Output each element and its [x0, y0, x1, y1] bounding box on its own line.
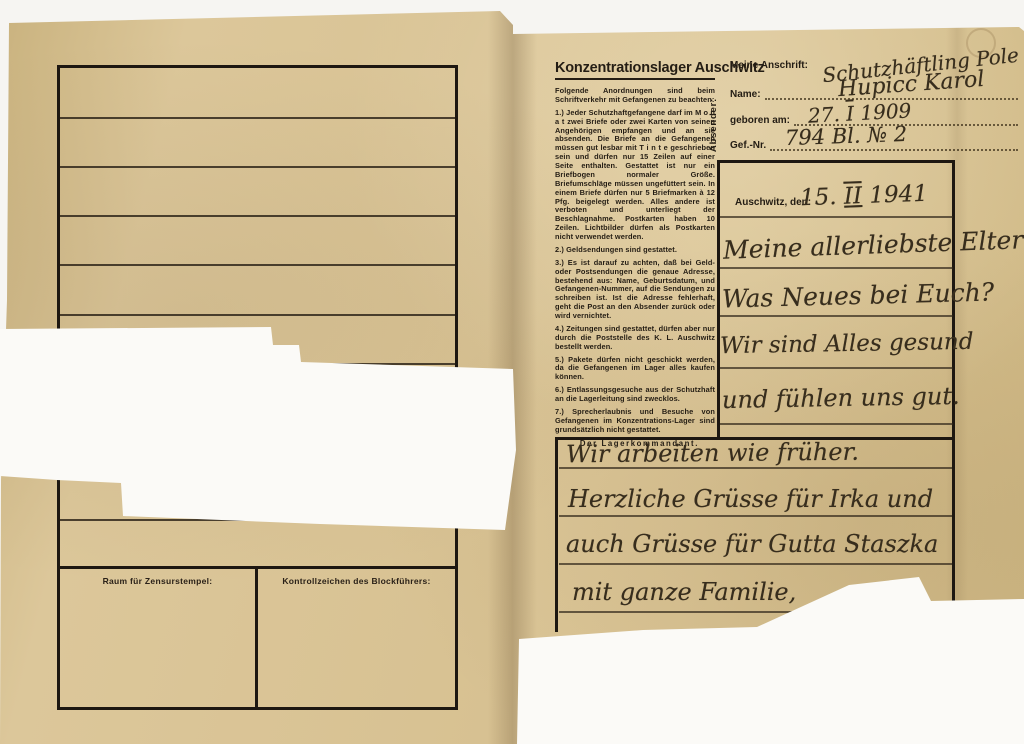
date-day: 15. — [800, 184, 837, 211]
name-label: Name: — [730, 89, 761, 100]
regulation-item-4: 4.) Zeitungen sind gestattet, dürfen abe… — [555, 325, 715, 352]
regulation-item-3: 3.) Es ist darauf zu achten, daß bei Gel… — [555, 259, 715, 321]
born-month: I — [846, 101, 855, 125]
ruled-line — [60, 117, 455, 119]
letter-line: Wir arbeiten wie früher. — [566, 438, 859, 469]
letter-ruled-line — [720, 367, 953, 369]
camp-regulations: Konzentrationslager Auschwitz Folgende A… — [555, 60, 715, 452]
regulation-item-6: 6.) Entlassungsgesuche aus der Schutzhaf… — [555, 386, 715, 404]
ruled-line — [60, 166, 455, 168]
letter-ruled-line — [720, 315, 953, 317]
letter-ruled-line — [559, 515, 952, 517]
letter-line: auch Grüsse für Gutta Staszka — [566, 530, 938, 558]
letter-ruled-line — [559, 563, 952, 565]
letter-line: und fühlen uns gut. — [722, 382, 960, 414]
letter-ruled-line — [720, 267, 953, 269]
date-handwriting: 15. II 1941 — [800, 181, 929, 211]
blockfuehrer-box-label: Kontrollzeichen des Blockführers: — [258, 576, 455, 586]
regulations-intro: Folgende Anordnungen sind beim Schriftve… — [555, 87, 715, 105]
absender-vertical-label: Absender: — [708, 82, 722, 168]
born-label: geboren am: — [730, 115, 790, 126]
date-month: II — [843, 183, 862, 210]
regulations-title: Konzentrationslager Auschwitz — [555, 60, 715, 80]
regulation-item-2: 2.) Geldsendungen sind gestattet. — [555, 246, 715, 255]
page-fold-shadow — [513, 27, 537, 744]
gef-nr-label: Gef.-Nr. — [730, 140, 766, 151]
letter-ruled-line — [720, 423, 953, 425]
gef-nr-handwriting: 794 Bl. № 2 — [785, 122, 908, 150]
letter-line: mit ganze Familie, — [572, 578, 796, 606]
letter-line: Wir sind Alles gesund — [720, 329, 974, 359]
anschrift-label: Meine Anschrift: — [730, 60, 808, 71]
censor-box-divider — [255, 566, 258, 710]
regulation-item-7: 7.) Sprecherlaubnis und Besuche von Gefa… — [555, 408, 715, 435]
regulation-item-5: 5.) Pakete dürfen nicht geschickt werden… — [555, 356, 715, 383]
ruled-line — [60, 215, 455, 217]
censor-stamp-box-label: Raum für Zensurstempel: — [60, 576, 255, 586]
regulation-item-1: 1.) Jeder Schutzhaftgefangene darf im M … — [555, 109, 715, 242]
letter-line: Herzliche Grüsse für Irka und — [568, 485, 933, 513]
ruled-line — [60, 314, 455, 316]
date-year: 1941 — [869, 181, 928, 209]
letter-ruled-line — [720, 216, 953, 218]
scanned-letter-document: Raum für Zensurstempel: Kontrollzeichen … — [0, 0, 1024, 744]
ruled-line — [60, 264, 455, 266]
